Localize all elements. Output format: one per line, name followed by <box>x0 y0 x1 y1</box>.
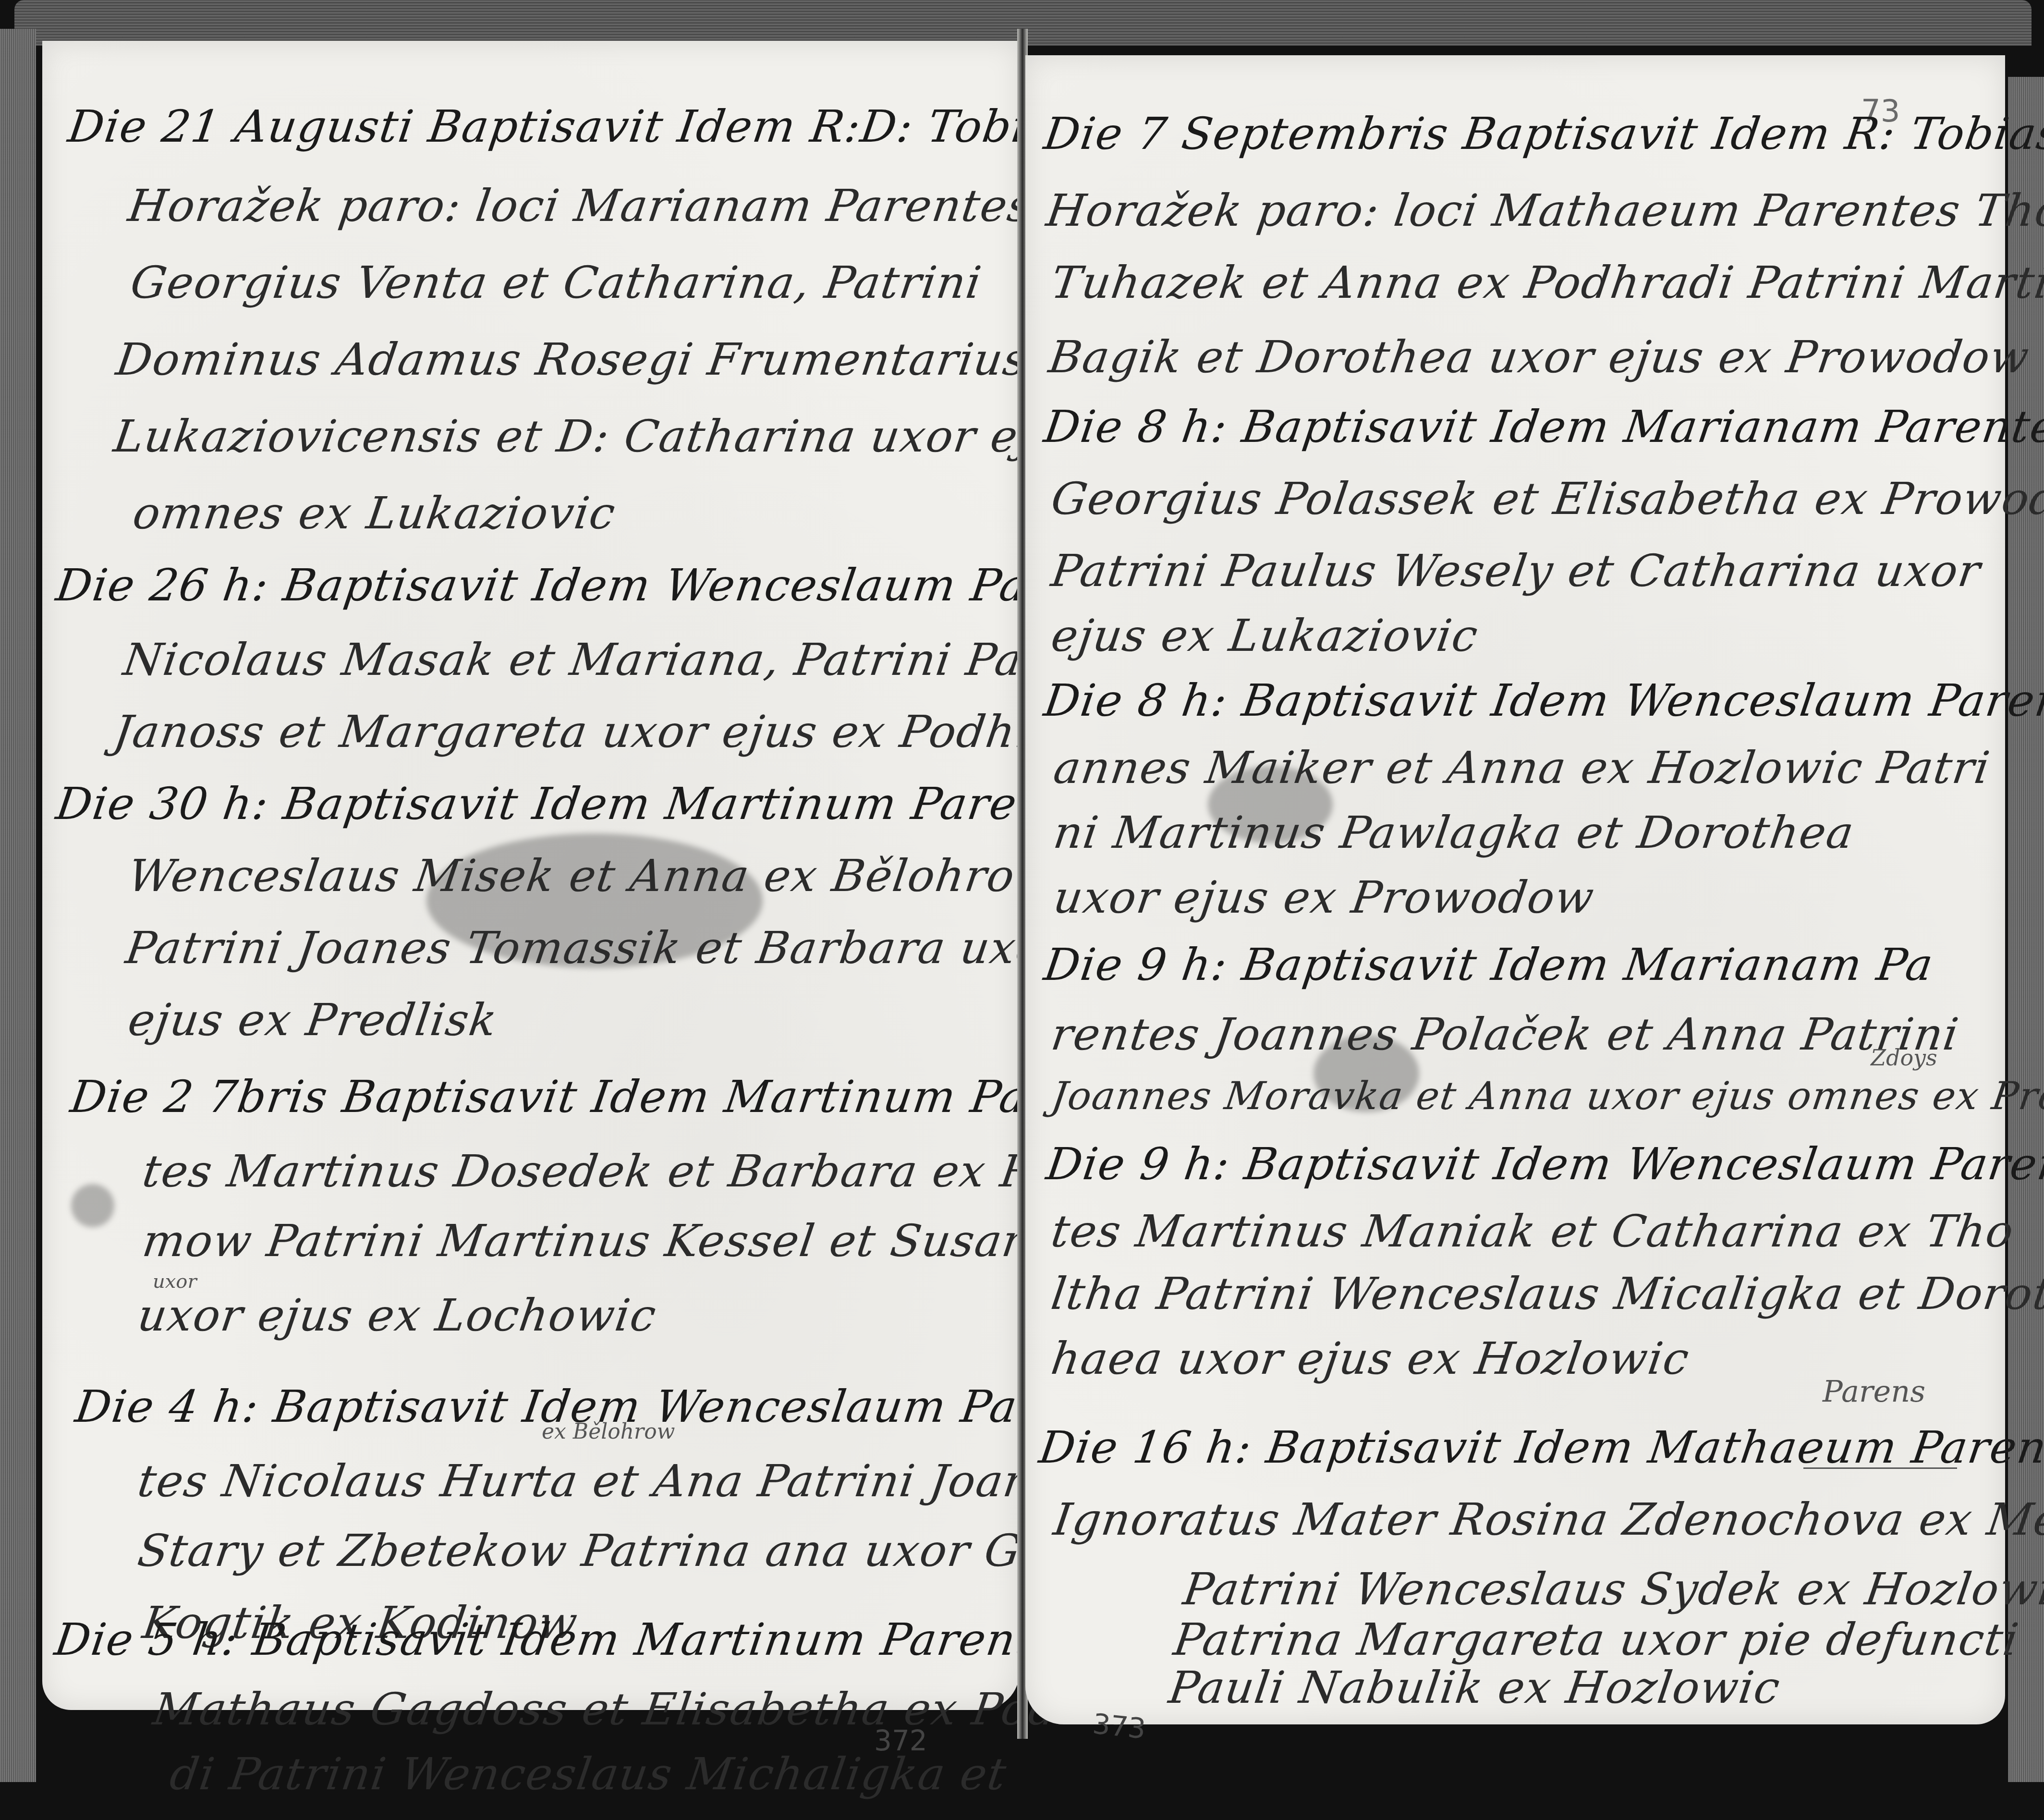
register-line: Horažek paro: loci Mathaeum Parentes Tho… <box>1043 185 2044 236</box>
register-line: Die 30 h: Baptisavit Idem Martinum Paren… <box>53 778 1119 830</box>
register-line: Stary et Zbetekow Patrina ana uxor Georg… <box>134 1525 1161 1576</box>
page-number-right: 373 <box>1091 1707 1147 1745</box>
register-line: uxor ejus ex Prowodow <box>1050 872 1597 923</box>
register-line: Pauli Nabulik ex Hozlowic <box>1166 1662 1784 1713</box>
register-line: Nicolaus Masak et Mariana, Patrini Paulu… <box>120 634 1123 685</box>
margin-annotation: Zdoys <box>1871 1045 1937 1071</box>
register-line: Die 8 h: Baptisavit Idem Wenceslaum Pare… <box>1041 675 2044 726</box>
register-line: Tuhazek et Anna ex Podhradi Patrini Mart… <box>1048 257 2044 308</box>
interlinear-note: uxor <box>153 1270 197 1293</box>
register-line: Die 7 Septembris Baptisavit Idem R: Tobi… <box>1041 108 2044 159</box>
register-line: Dominus Adamus Rosegi Frumentarius <box>113 334 1031 385</box>
register-line: Die 16 h: Baptisavit Idem Mathaeum Paren… <box>1036 1422 2044 1473</box>
register-line: Patrini Paulus Wesely et Catharina uxor <box>1048 545 1984 597</box>
register-line: Georgius Polassek et Elisabetha ex Prowo… <box>1048 473 2044 525</box>
register-line: Die 9 h: Baptisavit Idem Wenceslaum Pare… <box>1043 1138 2044 1190</box>
register-line: tes Martinus Dosedek et Barbara ex Ratho <box>139 1146 1143 1197</box>
register-line: uxor ejus ex Lochowic <box>134 1290 659 1341</box>
register-line: ni Martinus Pawlagka et Dorothea <box>1050 807 1857 858</box>
ink-blot <box>71 1184 114 1227</box>
register-line: Joannes Moravka et Anna uxor ejus omnes … <box>1048 1074 2044 1118</box>
register-line: Die 2 7bris Baptisavit Idem Martinum Par… <box>67 1071 1109 1123</box>
register-line: Wenceslaus Misek et Anna ex Bělohrow <box>125 850 1057 902</box>
register-line: ejus ex Predlisk <box>125 994 500 1046</box>
register-line: tes Nicolaus Hurta et Ana Patrini Joanes <box>134 1455 1087 1507</box>
book-left-edge <box>0 29 36 1782</box>
register-line: tes Martinus Maniak et Catharina ex Tho <box>1048 1206 2017 1257</box>
left-page: Die 21 Augusti Baptisavit Idem R:D: Tobi… <box>42 41 1020 1710</box>
register-line: Patrini Joanes Tomassik et Barbara uxor <box>122 922 1069 974</box>
register-line: Die 9 h: Baptisavit Idem Marianam Pa <box>1041 939 1936 990</box>
register-line: haea uxor ejus ex Hozlowic <box>1048 1333 1692 1384</box>
register-line: Georgius Venta et Catharina, Patrini <box>127 257 985 308</box>
page-number-left: 372 <box>874 1724 927 1757</box>
underline-mark <box>1803 1467 1957 1469</box>
register-line: Die 8 h: Baptisavit Idem Marianam Parent… <box>1041 401 2044 452</box>
register-line: Patrini Wenceslaus Sydek ex Hozlowic <box>1180 1563 2044 1615</box>
register-line: ejus ex Lukaziovic <box>1048 610 1481 661</box>
register-line: Mathaus Gagdoss et Elisabetha ex Podhra <box>150 1684 1141 1735</box>
register-line: Janoss et Margareta uxor ejus ex Podhrad… <box>110 706 1140 757</box>
register-line: rentes Joannes Polaček et Anna Patrini <box>1048 1009 1962 1060</box>
book-spread: Die 21 Augusti Baptisavit Idem R:D: Tobi… <box>0 0 2044 1820</box>
register-line: Die 5 h: Baptisavit Idem Martinum Parent… <box>51 1614 1089 1665</box>
right-page: 73 Die 7 Septembris Baptisavit Idem R: T… <box>1025 55 2005 1724</box>
register-line: Horažek paro: loci Marianam Parentes <box>125 180 1035 232</box>
margin-annotation-parens: Parens <box>1823 1374 1925 1409</box>
register-line: Patrina Margareta uxor pie defuncti <box>1170 1614 2022 1665</box>
register-line: omnes ex Lukaziovic <box>130 488 619 539</box>
register-line: annes Maiker et Anna ex Hozlowic Patri <box>1050 742 1993 794</box>
register-line: Lukaziovicensis et D: Catharina uxor eju… <box>110 411 1089 462</box>
register-line: Die 21 Augusti Baptisavit Idem R:D: Tobi… <box>65 101 1082 152</box>
register-line: mow Patrini Martinus Kessel et Susanna <box>139 1215 1092 1267</box>
register-line: Bagik et Dorothea uxor ejus ex Prowodow <box>1046 331 2032 383</box>
interlinear-note: ex Bělohrow <box>542 1419 675 1444</box>
register-line: ltha Patrini Wenceslaus Micaligka et Dor… <box>1048 1268 2044 1319</box>
register-line: Die 26 h: Baptisavit Idem Wenceslaum Par… <box>53 560 1179 611</box>
register-line: Ignoratus Mater Rosina Zdenochova ex Mez… <box>1050 1494 2044 1545</box>
